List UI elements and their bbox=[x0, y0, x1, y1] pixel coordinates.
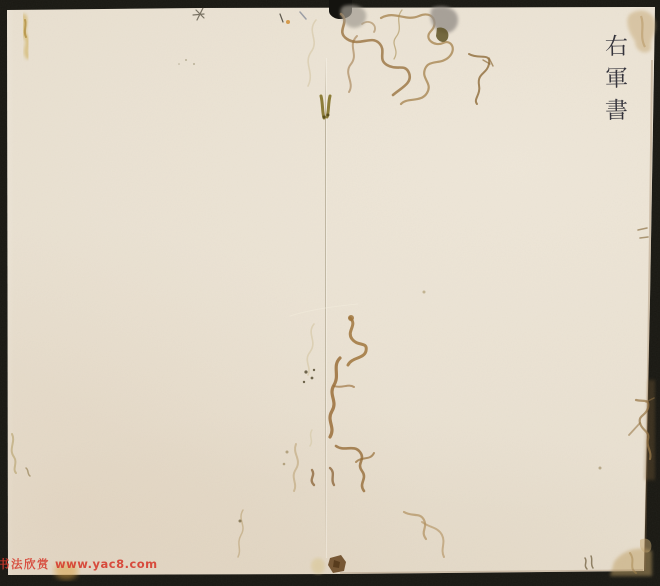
inscription: 右 軍 書 bbox=[601, 36, 631, 123]
inscription-char-2: 軍 bbox=[604, 68, 627, 91]
watermark-cn-text: 书法欣赏 bbox=[0, 557, 50, 571]
watermark: 书法欣赏www.yac8.com bbox=[0, 556, 158, 572]
scan-backdrop: { "scan": { "inscription": { "text": "右軍… bbox=[0, 0, 660, 586]
inscription-char-1: 右 bbox=[604, 36, 627, 59]
paper bbox=[0, 0, 660, 586]
watermark-site-text: www.yac8.com bbox=[55, 557, 158, 571]
inscription-char-3: 書 bbox=[604, 100, 627, 123]
